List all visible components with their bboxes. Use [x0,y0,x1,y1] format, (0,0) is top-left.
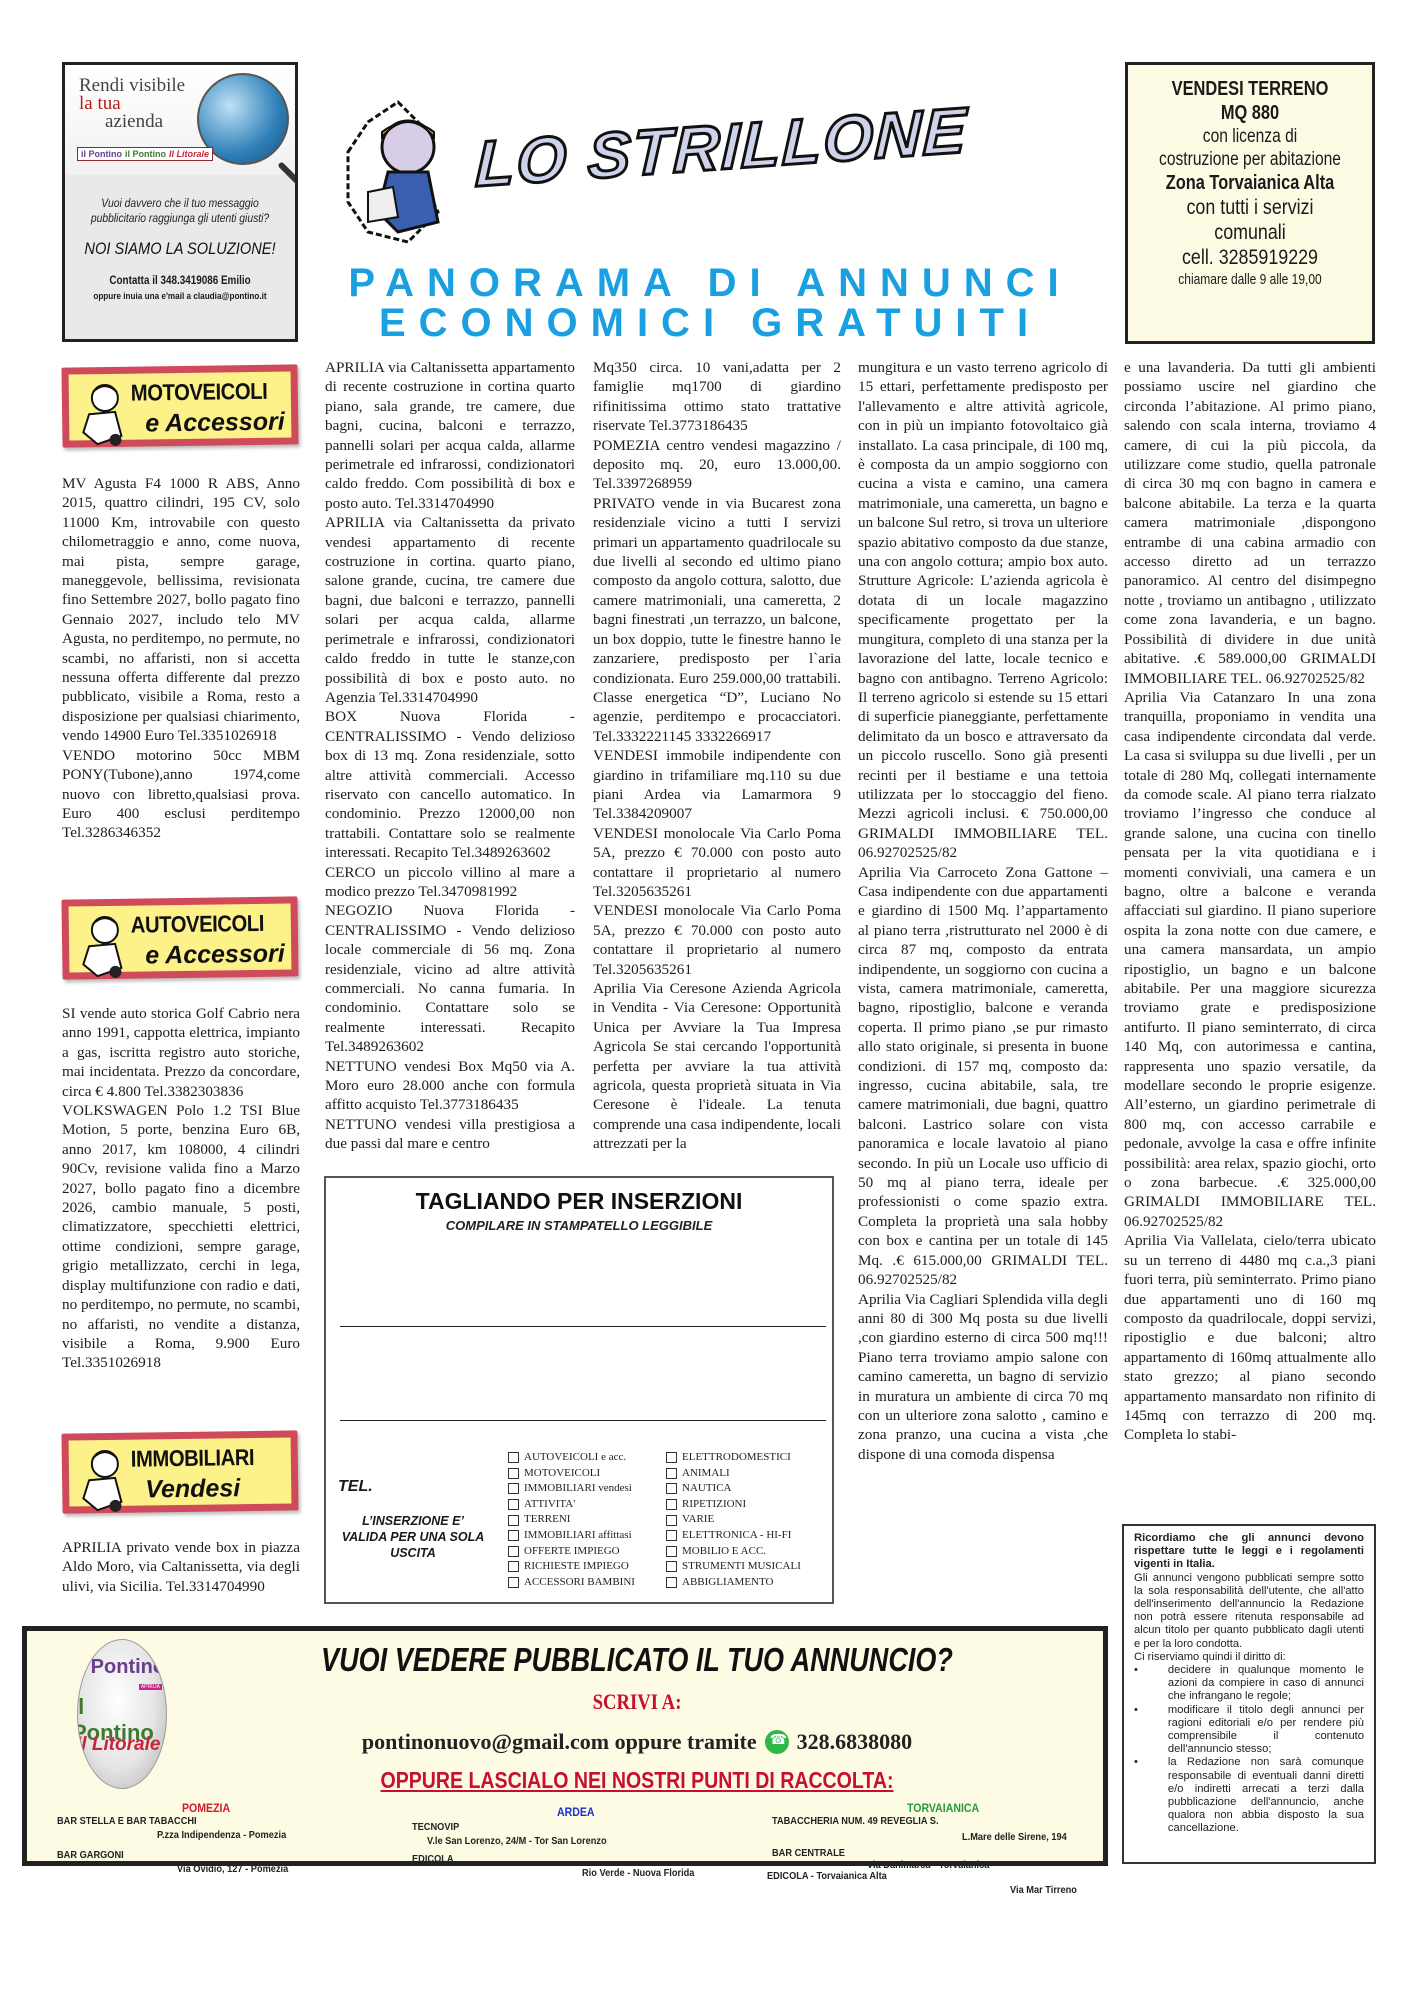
newsboy-mascot-icon [75,378,132,451]
coupon-write-line-1[interactable] [340,1326,826,1327]
disclaimer-paragraph: Gli annunci vengono pubblicati sempre so… [1134,1572,1364,1651]
point-address: V.le San Lorenzo, 24/M - Tor San Lorenzo [427,1835,607,1847]
terreno-phone: cell. 3285919229 [1146,245,1353,270]
lo-strillone-logo: LO STRILLONE [320,72,1100,232]
ads-column-3: Mq350 circa. 10 vani,adatta per 2 famigl… [593,358,841,1154]
checkbox-icon[interactable] [508,1561,519,1572]
classified-ad: APRILIA via Caltanissetta appartamento d… [325,358,575,513]
section-header-bg: AUTOVEICOLI e Accessori [69,903,292,972]
city-ardea: ARDEA [557,1805,595,1819]
bottom-ad-contact: pontinonuovo@gmail.com oppure tramite328… [187,1729,1087,1755]
checkbox-icon[interactable] [508,1452,519,1463]
masthead-title: LO STRILLONE [474,93,969,202]
point-name: EDICOLA [412,1853,454,1865]
contact-email[interactable]: pontinonuovo@gmail.com oppure tramite [362,1729,757,1754]
category-checkbox[interactable]: IMMOBILIARI vendesi [508,1481,635,1497]
masthead: LO STRILLONE PANORAMA DI ANNUNCI ECONOMI… [320,62,1100,342]
promo-solution: NOI SIAMO LA SOLUZIONE! [81,239,279,259]
logo-il-litorale: Il Litorale [169,149,209,159]
category-checkbox[interactable]: ELETTRODOMESTICI [666,1450,801,1466]
point-address: Rio Verde - Nuova Florida [582,1867,694,1879]
masthead-subtitle-1: PANORAMA DI ANNUNCI [320,262,1100,304]
classified-ad: APRILIA via Caltanissetta da privato ven… [325,513,575,707]
checkbox-label: OFFERTE IMPIEGO [524,1544,620,1560]
newsboy-mascot-icon [75,1444,132,1517]
bullet-icon: • [1134,1664,1138,1704]
section-header-motoveicoli: MOTOVEICOLI e Accessori [61,364,298,447]
section-header-bg: MOTOVEICOLI e Accessori [69,371,292,440]
terreno-hours: chiamare dalle 9 alle 19,00 [1152,270,1347,290]
section-subtitle: Vendesi [145,1474,240,1504]
promo-contact-phone: Contatta il 348.3419086 Emilio [81,275,279,287]
category-checkbox[interactable]: RIPETIZIONI [666,1497,801,1513]
bullet-text: modificare il titolo degli annunci per r… [1168,1704,1364,1757]
section-header-autoveicoli: AUTOVEICOLI e Accessori [61,896,298,979]
point-address: P.zza Indipendenza - Pomezia [157,1829,286,1841]
terreno-line-4: costruzione per abitazione [1150,148,1350,171]
category-checkbox[interactable]: VARIE [666,1512,801,1528]
ads-column-autoveicoli: SI vende auto storica Golf Cabrio nera a… [62,1004,300,1373]
classified-ad: MV Agusta F4 1000 R ABS, Anno 2015, quat… [62,474,300,746]
ad-vendesi-terreno: VENDESI TERRENO MQ 880 con licenza di co… [1125,62,1375,344]
category-checkbox[interactable]: IMMOBILIARI affittasi [508,1528,635,1544]
ads-column-4: mungitura e un vasto terreno agricolo di… [858,358,1108,1464]
classified-ad: PRIVATO vende in via Bucarest zona resid… [593,494,841,746]
point-address: Via Ovidio, 127 - Pomezia [177,1863,288,1875]
terreno-line-2: MQ 880 [1150,101,1350,125]
classified-ad: mungitura e un vasto terreno agricolo di… [858,358,1108,863]
checkbox-icon[interactable] [508,1530,519,1541]
classified-ad: VOLKSWAGEN Polo 1.2 TSI Blue Motion, 5 p… [62,1101,300,1373]
promo-headline: Rendi visibile la tua azienda [79,77,185,131]
classified-ad: VENDESI monolocale Via Carlo Poma 5A, pr… [593,824,841,902]
bottom-ad-publish: il Pontino APRILIA il Pontino Il Litoral… [22,1626,1108,1866]
ads-column-immobiliari-1: APRILIA privato vende box in piazza Aldo… [62,1538,300,1596]
category-checkbox[interactable]: ACCESSORI BAMBINI [508,1575,635,1591]
bullet-text: decidere in qualunque momento le azioni … [1168,1664,1364,1704]
promo-ad-rendi-visibile: Rendi visibile la tua azienda il Pontino… [62,62,298,342]
whatsapp-icon [765,1730,789,1754]
checkbox-label: ELETTRODOMESTICI [682,1450,791,1466]
classified-ad: CERCO un piccolo villino al mare a modic… [325,863,575,902]
section-header-immobiliari: IMMOBILIARI Vendesi [61,1430,298,1513]
disclaimer-bullet: •modificare il titolo degli annunci per … [1134,1704,1364,1757]
classified-ad: VENDO motorino 50cc MBM PONY(Tubone),ann… [62,746,300,843]
checkbox-label: MOBILIO E ACC. [682,1544,766,1560]
bullet-text: la Redazione non sarà comunque responsab… [1168,1756,1364,1835]
checkbox-icon[interactable] [508,1577,519,1588]
point-name: TABACCHERIA NUM. 49 REVEGLIA S. [772,1815,939,1827]
classified-ad: Aprilia Via Ceresone Azienda Agricola in… [593,979,841,1154]
checkbox-icon[interactable] [666,1452,677,1463]
logo-il-pontino: il Pontino [81,149,122,159]
checkbox-icon[interactable] [666,1515,677,1526]
classified-ad: NETTUNO vendesi Box Mq50 via A. Moro eur… [325,1057,575,1115]
whatsapp-number[interactable]: 328.6838080 [797,1729,913,1754]
category-checkbox[interactable]: MOTOVEICOLI [508,1466,635,1482]
classified-ad: NEGOZIO Nuova Florida - CENTRALISSIMO - … [325,901,575,1056]
promo-headline-3: azienda [79,113,185,131]
category-checkbox[interactable]: RICHIESTE IMPIEGO [508,1559,635,1575]
disclaimer-heading: Ricordiamo che gli annunci devono rispet… [1134,1532,1364,1572]
collection-points-heading: OPPURE LASCIALO NEI NOSTRI PUNTI DI RACC… [255,1767,1020,1794]
checkbox-label: ATTIVITA' [524,1497,575,1513]
checkbox-label: RIPETIZIONI [682,1497,746,1513]
classified-ad: Aprilia Via Vallelata, cielo/terra ubica… [1124,1231,1376,1444]
category-checkbox[interactable]: STRUMENTI MUSICALI [666,1559,801,1575]
section-title: IMMOBILIARI [131,1444,255,1473]
checkbox-icon[interactable] [666,1530,677,1541]
city-pomezia: POMEZIA [182,1801,230,1815]
ads-column-2: APRILIA via Caltanissetta appartamento d… [325,358,575,1154]
coupon-tel-label: TEL. [338,1478,373,1496]
terreno-line-6: con tutti i servizi [1146,195,1353,220]
classified-ad: Aprilia Via Cagliari Splendida villa deg… [858,1290,1108,1465]
disclaimer-paragraph: Ci riserviamo quindi il diritto di: [1134,1651,1364,1664]
newsboy-mascot-icon [75,910,132,983]
category-checkbox[interactable]: ABBIGLIAMENTO [666,1575,801,1591]
checkbox-label: VARIE [682,1512,714,1528]
category-checkbox[interactable]: NAUTICA [666,1481,801,1497]
section-subtitle: e Accessori [145,408,285,439]
bottom-ad-title: VUOI VEDERE PUBBLICATO IL TUO ANNUNCIO? [268,1641,1006,1679]
point-name: BAR CENTRALE [772,1847,845,1859]
terreno-line-7: comunali [1146,220,1353,245]
classified-ad: APRILIA privato vende box in piazza Aldo… [62,1538,300,1596]
checkbox-label: TERRENI [524,1512,570,1528]
bottom-ad-scrivi: SCRIVI A: [255,1689,1020,1715]
coupon-categories-left: AUTOVEICOLI e acc. MOTOVEICOLI IMMOBILIA… [508,1450,635,1590]
checkbox-icon[interactable] [666,1483,677,1494]
checkbox-label: IMMOBILIARI vendesi [524,1481,632,1497]
classified-ad: VENDESI monolocale Via Carlo Poma 5A, pr… [593,901,841,979]
classified-ad: VENDESI immobile indipendente con giardi… [593,746,841,824]
category-checkbox[interactable]: TERRENI [508,1512,635,1528]
logo-il-pontino-aprilia: il Pontino [125,149,166,159]
promo-contact-email: oppure inuia una e'mail a claudia@pontin… [81,291,279,302]
logo-il-litorale: Il Litorale [77,1734,160,1756]
checkbox-icon[interactable] [508,1483,519,1494]
checkbox-icon[interactable] [508,1546,519,1557]
terreno-line-1: VENDESI TERRENO [1150,77,1350,101]
city-torvaianica: TORVAIANICA [907,1801,979,1815]
disclaimer-bullet: •la Redazione non sarà comunque responsa… [1134,1756,1364,1835]
checkbox-icon[interactable] [508,1499,519,1510]
checkbox-label: ANIMALI [682,1466,730,1482]
checkbox-icon[interactable] [508,1515,519,1526]
point-name: TECNOVIP [412,1821,459,1833]
insertion-coupon: TAGLIANDO PER INSERZIONI COMPILARE IN ST… [324,1176,834,1604]
classified-ad: NETTUNO vendesi villa prestigiosa a due … [325,1115,575,1154]
point-name: BAR STELLA E BAR TABACCHI [57,1815,197,1827]
point-name: BAR GARGONI [57,1849,124,1861]
classified-ad: e una lavanderia. Da tutti gli ambienti … [1124,358,1376,688]
promo-question: Vuoi davvero che il tuo messaggio pubbli… [77,175,284,227]
classified-ad: Aprilia Via Catanzaro In una zona tranqu… [1124,688,1376,1231]
category-checkbox[interactable]: ANIMALI [666,1466,801,1482]
checkbox-icon[interactable] [666,1499,677,1510]
section-title: AUTOVEICOLI [131,910,264,939]
point-name: EDICOLA - Torvaianica Alta [767,1870,887,1882]
coupon-categories-right: ELETTRODOMESTICI ANIMALI NAUTICA RIPETIZ… [666,1450,801,1590]
category-checkbox[interactable]: OFFERTE IMPIEGO [508,1544,635,1560]
checkbox-icon[interactable] [666,1546,677,1557]
bullet-icon: • [1134,1756,1138,1835]
promo-newspaper-logos: il Pontino il Pontino Il Litorale [77,147,213,161]
section-subtitle: e Accessori [145,940,285,971]
promo-ad-banner: Rendi visibile la tua azienda il Pontino… [65,65,295,175]
checkbox-label: IMMOBILIARI affittasi [524,1528,632,1544]
classified-ad: Mq350 circa. 10 vani,adatta per 2 famigl… [593,358,841,436]
coupon-subtitle: COMPILARE IN STAMPATELLO LEGGIBILE [326,1218,832,1233]
classified-ad: BOX Nuova Florida - CENTRALISSIMO - Vend… [325,707,575,862]
checkbox-label: ELETTRONICA - HI-FI [682,1528,791,1544]
classified-ad: SI vende auto storica Golf Cabrio nera a… [62,1004,300,1101]
disclaimer-box: Ricordiamo che gli annunci devono rispet… [1122,1524,1376,1864]
category-checkbox[interactable]: ATTIVITA' [508,1497,635,1513]
point-address: L.Mare delle Sirene, 194 [962,1831,1067,1843]
section-header-bg: IMMOBILIARI Vendesi [69,1437,292,1506]
classified-ad: POMEZIA centro vendesi magazzino / depos… [593,436,841,494]
checkbox-label: ACCESSORI BAMBINI [524,1575,635,1591]
checkbox-icon[interactable] [666,1468,677,1479]
newsboy-mascot-icon [338,92,468,252]
newspapers-egg-logo: il Pontino APRILIA il Pontino Il Litoral… [77,1639,167,1789]
checkbox-label: MOTOVEICOLI [524,1466,600,1482]
checkbox-label: NAUTICA [682,1481,732,1497]
checkbox-icon[interactable] [666,1561,677,1572]
classified-ad: Aprilia Via Carroceto Zona Gattone – Cas… [858,863,1108,1290]
masthead-subtitle-2: ECONOMICI GRATUITI [320,302,1100,344]
disclaimer-bullet: •decidere in qualunque momento le azioni… [1134,1664,1364,1704]
coupon-write-line-2[interactable] [340,1420,826,1421]
category-checkbox[interactable]: AUTOVEICOLI e acc. [508,1450,635,1466]
coupon-title: TAGLIANDO PER INSERZIONI [326,1188,832,1215]
category-checkbox[interactable]: MOBILIO E ACC. [666,1544,801,1560]
checkbox-label: AUTOVEICOLI e acc. [524,1450,626,1466]
ads-column-5: e una lavanderia. Da tutti gli ambienti … [1124,358,1376,1445]
point-address: Via Mar Tirreno [1010,1884,1077,1896]
checkbox-label: RICHIESTE IMPIEGO [524,1559,629,1575]
category-checkbox[interactable]: ELETTRONICA - HI-FI [666,1528,801,1544]
checkbox-icon[interactable] [666,1577,677,1588]
checkbox-label: ABBIGLIAMENTO [682,1575,773,1591]
logo-il-pontino: il Pontino [77,1656,165,1679]
ads-column-motoveicoli: MV Agusta F4 1000 R ABS, Anno 2015, quat… [62,474,300,843]
terreno-line-3: con licenza di [1150,125,1350,148]
logo-aprilia-tag: APRILIA [139,1684,162,1690]
coupon-validity-note: L’INSERZIONE E’ VALIDA PER UNA SOLA USCI… [338,1513,488,1561]
bullet-icon: • [1134,1704,1138,1757]
terreno-line-5: Zona Torvaianica Alta [1150,171,1350,195]
checkbox-icon[interactable] [508,1468,519,1479]
checkbox-label: STRUMENTI MUSICALI [682,1559,801,1575]
section-title: MOTOVEICOLI [131,378,268,407]
bottom-ad-spacer [22,1866,1108,1867]
